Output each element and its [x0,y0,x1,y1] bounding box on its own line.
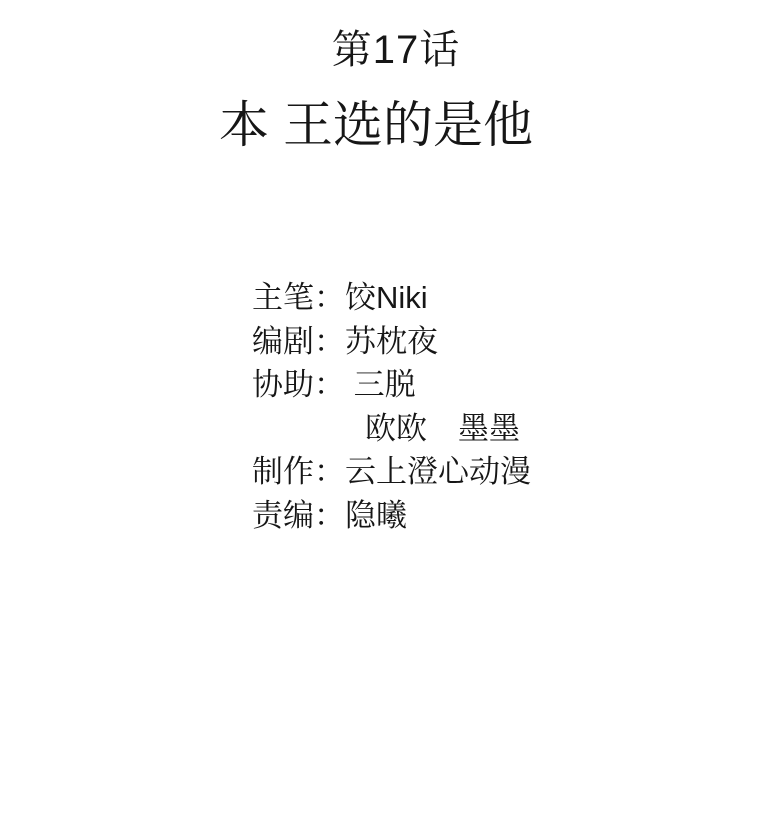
credit-line-lead-artist: 主笔：饺Niki [252,276,531,320]
credit-line-assistants-continued: 欧欧 墨墨 [252,407,531,451]
credit-line-assistants: 协助： 三脱 [252,363,531,407]
credit-line-screenwriter: 编剧：苏枕夜 [252,320,531,364]
credit-line-production: 制作：云上澄心动漫 [252,450,531,494]
chapter-number: 第17话 [6,26,780,74]
page-title: 本 王选的是他 [0,96,766,154]
chapter-title-page: 第17话 本 王选的是他 主笔：饺Niki 编剧：苏枕夜 协助： 三脱 欧欧 墨… [0,0,780,833]
credits-block: 主笔：饺Niki 编剧：苏枕夜 协助： 三脱 欧欧 墨墨 制作：云上澄心动漫 责… [252,276,531,538]
credit-line-editor: 责编：隐曦 [252,494,531,538]
